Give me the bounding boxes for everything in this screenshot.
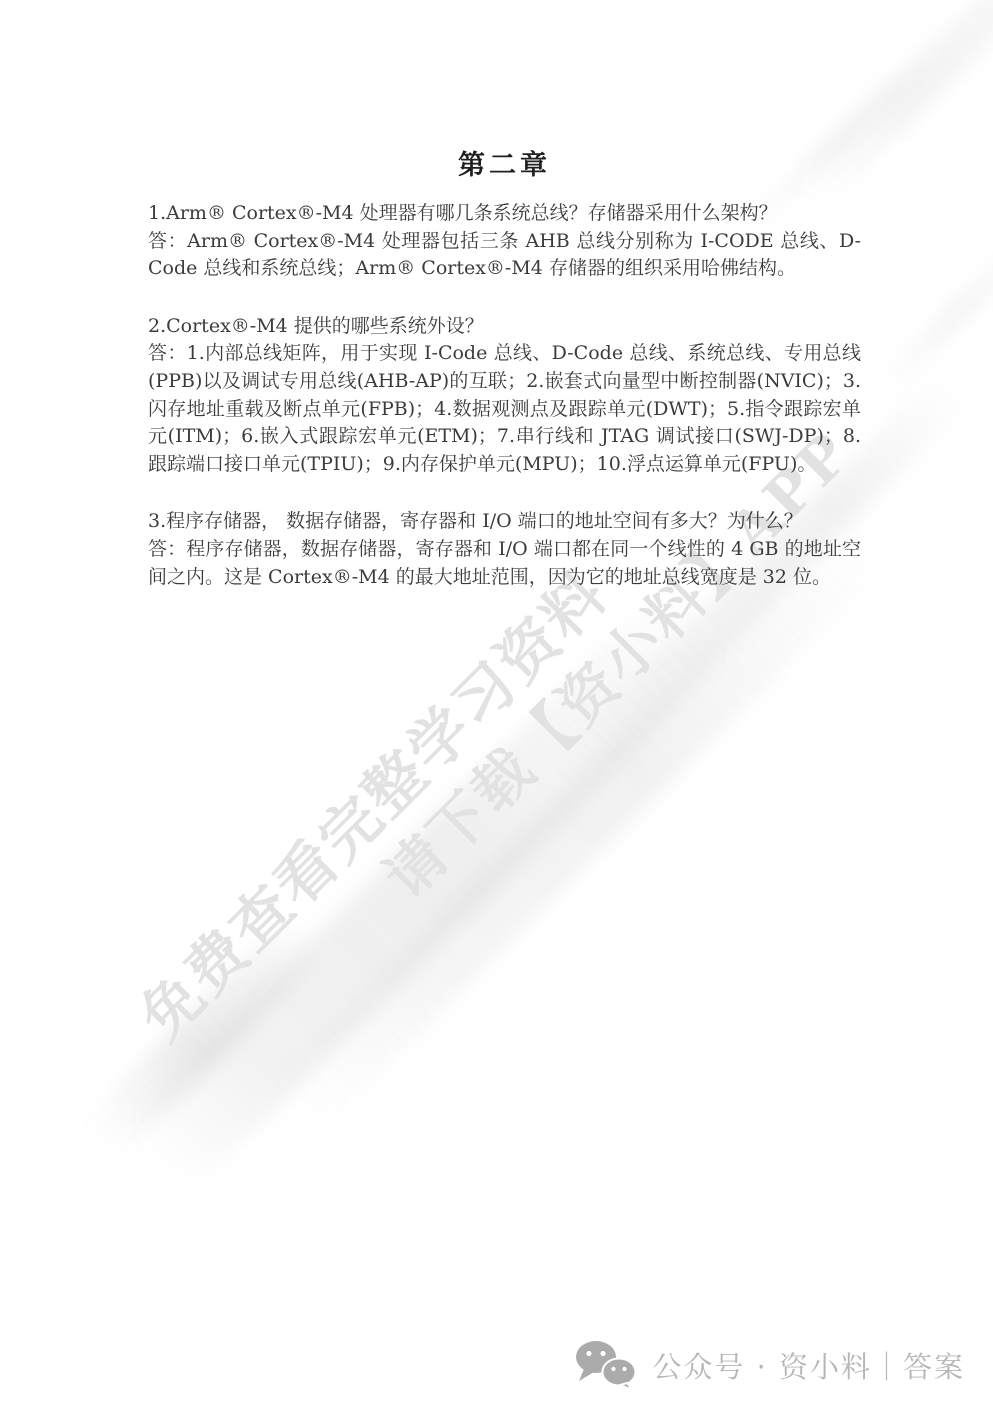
brush-stroke	[121, 578, 740, 1197]
question-text: 2.Cortex®-M4 提供的哪些系统外设？	[148, 313, 861, 341]
question-text: 3.程序存储器， 数据存储器，寄存器和 I/O 端口的地址空间有多大？为什么？	[148, 508, 861, 536]
brush-stroke	[81, 912, 330, 1161]
brush-stroke	[871, 222, 993, 400]
qa-block-1: 1.Arm® Cortex®-M4 处理器有哪几条系统总线？存储器采用什么架构？…	[148, 200, 861, 283]
watermark-line-1: 免费查看完整学习资料	[118, 549, 624, 1055]
footer-text: 公众号 · 资小料｜答案	[652, 1345, 965, 1386]
wechat-icon	[574, 1340, 638, 1390]
answer-text: 答：程序存储器，数据存储器，寄存器和 I/O 端口都在同一个线性的 4 GB 的…	[148, 536, 861, 591]
document-page: { "page": { "background": "#ffffff", "ch…	[0, 0, 993, 1404]
qa-block-2: 2.Cortex®-M4 提供的哪些系统外设？ 答：1.内部总线矩阵，用于实现 …	[148, 313, 861, 479]
answer-text: 答：1.内部总线矩阵，用于实现 I-Code 总线、D-Code 总线、系统总线…	[148, 340, 861, 478]
qa-block-3: 3.程序存储器， 数据存储器，寄存器和 I/O 端口的地址空间有多大？为什么？ …	[148, 508, 861, 591]
footer: 公众号 · 资小料｜答案	[574, 1340, 965, 1390]
question-text: 1.Arm® Cortex®-M4 处理器有哪几条系统总线？存储器采用什么架构？	[148, 200, 861, 228]
chapter-title: 第二章	[148, 146, 861, 186]
answer-text: 答：Arm® Cortex®-M4 处理器包括三条 AHB 总线分别称为 I-C…	[148, 228, 861, 283]
document-content: 第二章 1.Arm® Cortex®-M4 处理器有哪几条系统总线？存储器采用什…	[148, 146, 861, 621]
